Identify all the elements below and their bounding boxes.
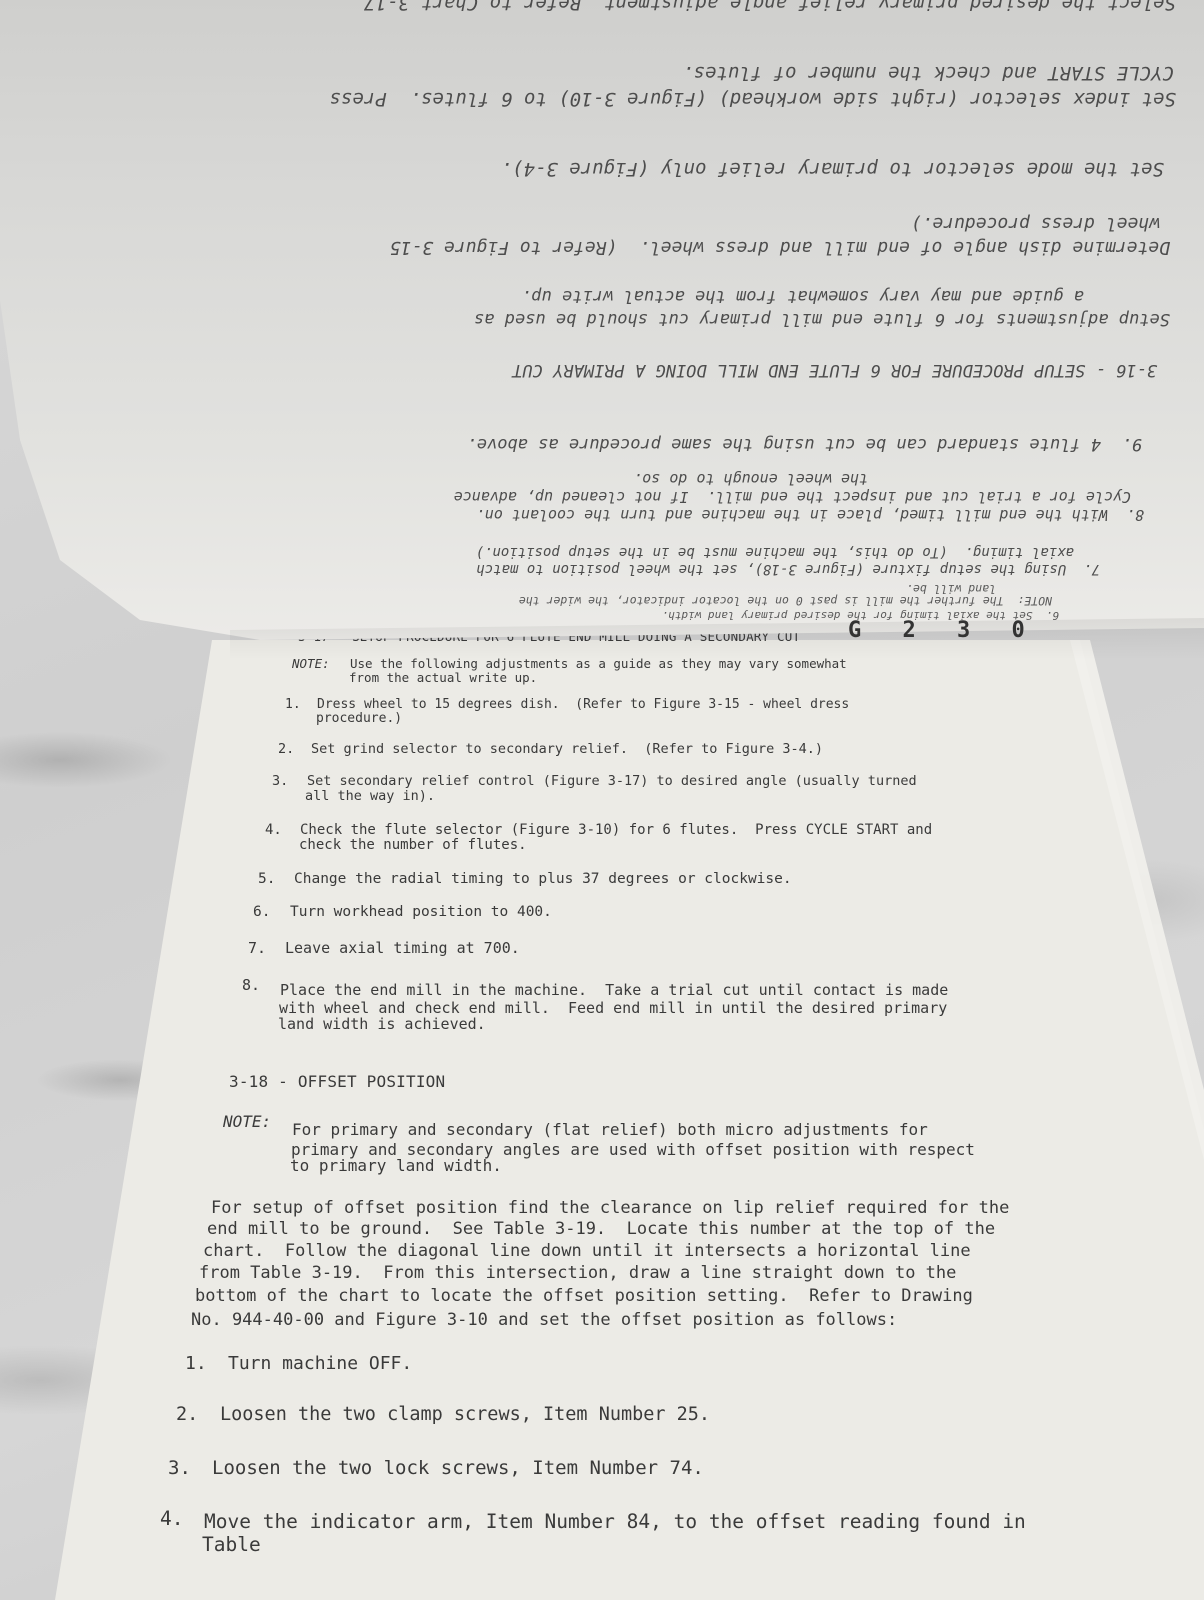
step-number: 2.	[278, 741, 294, 757]
upside-index-selector-item-cont: CYCLE START and check the number of flut…	[682, 62, 1174, 84]
upside-mode-selector-item: Set the mode selector to primary relief …	[501, 158, 1164, 180]
step-number: 1.	[285, 697, 301, 712]
step-text: Turn workhead position to 400.	[290, 904, 552, 920]
note-line: to primary land width.	[290, 1156, 502, 1175]
step-number: 2.	[176, 1404, 198, 1425]
paragraph-line: No. 944-40-00 and Figure 3-10 and set th…	[191, 1310, 897, 1330]
note-line: from the actual write up.	[349, 670, 537, 685]
step-number: 3.	[272, 773, 288, 789]
step-number: 5.	[258, 871, 275, 887]
upside-step8-cont: Cycle for a trial cut and inspect the en…	[454, 488, 1131, 506]
step-number: 4.	[160, 1507, 183, 1530]
upside-note-cont: a guide and may vary somewhat from the a…	[521, 286, 1084, 306]
upside-step7-cont: axial timing. (To do this, the machine m…	[476, 544, 1074, 560]
step-text: land width is achieved.	[278, 1015, 486, 1033]
step-number: 7.	[248, 939, 266, 957]
upside-step8-cont: the wheel enough to do so.	[633, 470, 868, 488]
step-number: 4.	[265, 822, 282, 838]
upside-dish-item-cont: wheel dress procedure.)	[911, 213, 1160, 234]
upside-step7: 7. Using the setup fixture (Figure 3-18)…	[476, 561, 1100, 577]
step-text: procedure.)	[316, 711, 402, 726]
step-text: all the way in).	[305, 788, 435, 804]
bleed-through-marks: G 2 3 0	[848, 618, 1039, 643]
upside-step6-note-cont: land will be.	[906, 582, 996, 596]
note-line: For primary and secondary (flat relief) …	[292, 1120, 928, 1139]
step-number: 3.	[168, 1457, 191, 1479]
step-text: Check the flute selector (Figure 3-10) f…	[300, 822, 932, 838]
step-text: Loosen the two clamp screws, Item Number…	[220, 1404, 710, 1425]
paragraph-line: end mill to be ground. See Table 3-19. L…	[207, 1219, 995, 1239]
upper-page-content-upside-down: 6. Set the axial timing for the desired …	[0, 0, 1204, 640]
step-text: Loosen the two lock screws, Item Number …	[212, 1457, 704, 1479]
step-number: 1.	[185, 1353, 207, 1374]
step-text: Place the end mill in the machine. Take …	[280, 981, 948, 999]
step-number: 6.	[253, 904, 270, 920]
upside-step8: 8. With the end mill timed, place in the…	[476, 506, 1144, 524]
step-text: Change the radial timing to plus 37 degr…	[294, 871, 792, 887]
step-text: Move the indicator arm, Item Number 84, …	[204, 1510, 1026, 1533]
paragraph-line: bottom of the chart to locate the offset…	[195, 1286, 973, 1306]
upside-dish-item: Determine dish angle of end mill and dre…	[390, 237, 1170, 258]
note-label: NOTE:	[223, 1112, 271, 1131]
step-text: Set grind selector to secondary relief. …	[311, 741, 823, 757]
paragraph-line: For setup of offset position find the cl…	[211, 1198, 1009, 1218]
step-text: Table	[202, 1533, 261, 1556]
step-text: Set secondary relief control (Figure 3-1…	[307, 773, 917, 789]
step-text: Dress wheel to 15 degrees dish. (Refer t…	[317, 697, 849, 712]
step-number: 8.	[242, 976, 260, 994]
upside-note: Setup adjustments for 6 flute end mill p…	[474, 309, 1170, 329]
paragraph-line: chart. Follow the diagonal line down unt…	[203, 1241, 971, 1261]
upside-step9: 9. 4 flute standard can be cut using the…	[466, 434, 1142, 454]
step-text: Turn machine OFF.	[228, 1353, 412, 1374]
section-3-18-heading: 3-18 - OFFSET POSITION	[229, 1072, 445, 1091]
upside-partial-top-line: Select the desired primary relief angle …	[364, 0, 1176, 14]
step-text: check the number of flutes.	[299, 837, 527, 853]
step-text: Leave axial timing at 700.	[285, 939, 520, 957]
upside-index-selector-item: Set index selector (right side workhead)…	[330, 88, 1176, 110]
upside-section-3-16-heading: 3-16 - SETUP PROCEDURE FOR 6 FLUTE END M…	[512, 360, 1157, 380]
paragraph-line: from Table 3-19. From this intersection,…	[199, 1263, 956, 1283]
upside-step6-note: NOTE: The further the mill is past 0 on …	[519, 594, 1052, 608]
